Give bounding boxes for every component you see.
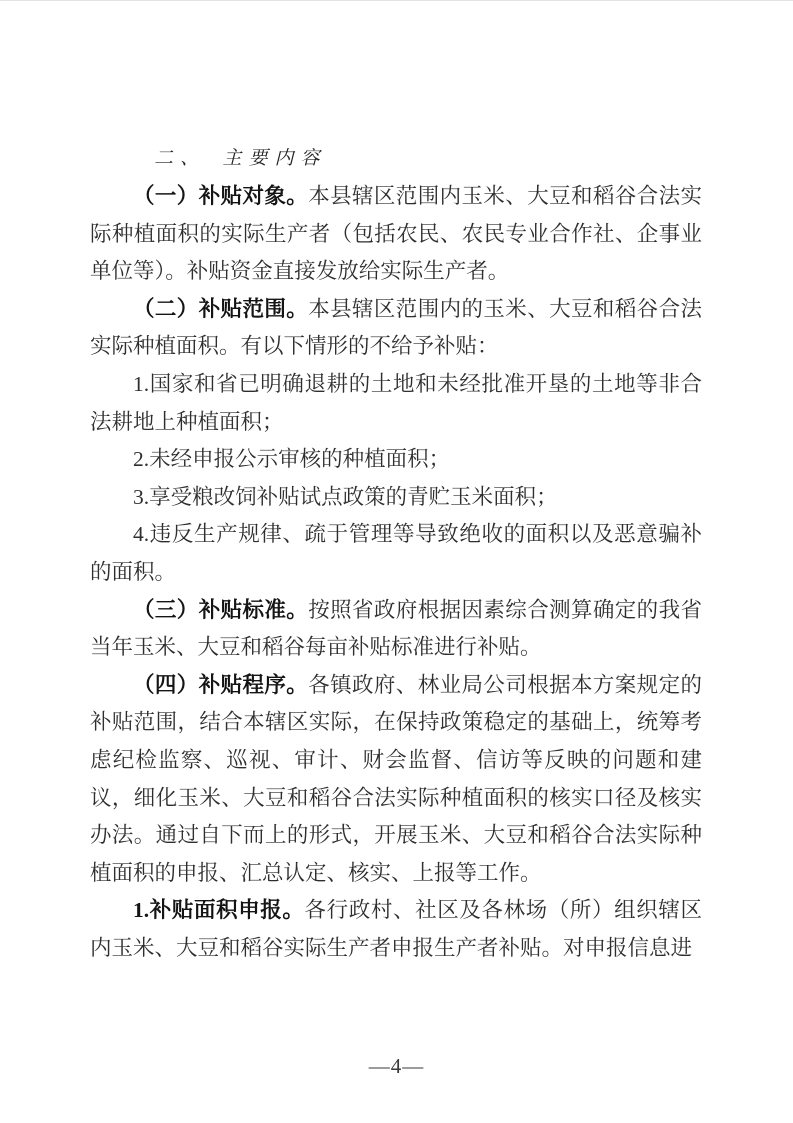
paragraph-lead: （一）补贴对象。 [133, 184, 308, 208]
list-item-1: 1.国家和省已明确退耕的土地和未经批准开垦的土地等非合法耕地上种植面积； [90, 366, 702, 441]
page-number: —4— [0, 1054, 793, 1079]
document-page: 二、 主要内容 （一）补贴对象。本县辖区范围内玉米、大豆和稻谷合法实际种植面积的… [0, 0, 793, 1123]
paragraph-text: 各镇政府、林业局公司根据本方案规定的补贴范围，结合本辖区实际，在保持政策稳定的基… [90, 673, 702, 885]
paragraph-lead: 1.补贴面积申报。 [133, 898, 305, 922]
paragraph-lead: （三）补贴标准。 [133, 598, 308, 622]
paragraph-subsidy-standard: （三）补贴标准。按照省政府根据因素综合测算确定的我省当年玉米、大豆和稻谷每亩补贴… [90, 592, 702, 667]
document-body: 二、 主要内容 （一）补贴对象。本县辖区范围内玉米、大豆和稻谷合法实际种植面积的… [90, 140, 702, 967]
paragraph-text: 4.违反生产规律、疏于管理等导致绝收的面积以及恶意骗补的面积。 [90, 522, 702, 584]
paragraph-text: 2.未经申报公示审核的种植面积； [133, 447, 450, 471]
paragraph-lead: （二）补贴范围。 [133, 297, 308, 321]
paragraph-subsidy-procedure: （四）补贴程序。各镇政府、林业局公司根据本方案规定的补贴范围，结合本辖区实际，在… [90, 667, 702, 893]
paragraph-subsidy-target: （一）补贴对象。本县辖区范围内玉米、大豆和稻谷合法实际种植面积的实际生产者（包括… [90, 178, 702, 291]
list-item-4: 4.违反生产规律、疏于管理等导致绝收的面积以及恶意骗补的面积。 [90, 516, 702, 591]
paragraph-lead: （四）补贴程序。 [133, 673, 308, 697]
paragraph-area-declaration: 1.补贴面积申报。各行政村、社区及各林场（所）组织辖区内玉米、大豆和稻谷实际生产… [90, 892, 702, 967]
list-item-3: 3.享受粮改饲补贴试点政策的青贮玉米面积； [90, 479, 702, 517]
paragraph-text: 1.国家和省已明确退耕的土地和未经批准开垦的土地等非合法耕地上种植面积； [90, 372, 702, 434]
list-item-2: 2.未经申报公示审核的种植面积； [90, 441, 702, 479]
section-heading: 二、 主要内容 [90, 140, 702, 178]
paragraph-subsidy-scope: （二）补贴范围。本县辖区范围内的玉米、大豆和稻谷合法实际种植面积。有以下情形的不… [90, 291, 702, 366]
paragraph-text: 3.享受粮改饲补贴试点政策的青贮玉米面积； [133, 485, 558, 509]
